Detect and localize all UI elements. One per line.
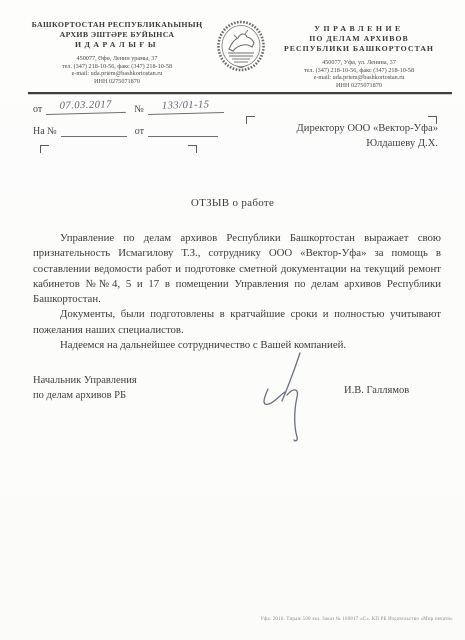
org-name-russian-line3: РЕСПУБЛИКИ БАШКОРТОСТАН	[262, 44, 456, 54]
address-bashkir-inn: ИНН 0275071870	[24, 78, 210, 86]
address-russian-street: 450077, Уфа, ул. Ленина, 37	[262, 59, 456, 67]
blank-date-line	[148, 125, 218, 137]
letterhead-divider-rule	[28, 92, 452, 95]
scanned-letter-page: БАШКОРТОСТАН РЕСПУБЛИКАҺЫНЫҢ АРХИВ ЭШТӘР…	[0, 0, 465, 640]
address-bashkir-street: 450077, Өфө, Ленин урамы, 37	[24, 55, 210, 63]
letterhead-russian: УПРАВЛЕНИЕ ПО ДЕЛАМ АРХИВОВ РЕСПУБЛИКИ Б…	[262, 24, 456, 89]
na-number-label: На №	[33, 126, 57, 137]
corner-mark-left-tl	[40, 145, 49, 153]
org-name-bashkir-line3: ИДАРАЛЫҒЫ	[24, 40, 210, 50]
document-title: ОТЗЫВ о работе	[0, 197, 465, 209]
address-bashkir-email: e-mail: uda.priem@bashkortostan.ru	[24, 70, 210, 78]
addressee-block: Директору ООО «Вектор-Уфа» Юлдашеву Д.Х.	[248, 122, 438, 151]
corner-mark-left-tr	[188, 145, 197, 153]
signer-position-line2: по делам архивов РБ	[33, 388, 137, 403]
outgoing-reference-row: от 07.03.2017 № 133/01-15	[33, 101, 232, 115]
org-name-bashkir-line2: АРХИВ ЭШТӘРЕ БУЙЫНСА	[24, 30, 210, 40]
incoming-reference-row: На № от	[33, 125, 226, 137]
signer-position-line1: Начальник Управления	[33, 373, 137, 388]
letter-body: Управление по делам архивов Республики Б…	[33, 231, 441, 353]
body-paragraph-1: Управление по делам архивов Республики Б…	[33, 231, 441, 307]
signer-position: Начальник Управления по делам архивов РБ	[33, 373, 137, 403]
print-shop-footer: Уфа. 2016. Тираж 500 экз. Заказ № 160817…	[260, 617, 453, 622]
org-name-bashkir-line1: БАШКОРТОСТАН РЕСПУБЛИКАҺЫНЫҢ	[24, 20, 210, 30]
blank-number-line	[61, 125, 127, 137]
body-paragraph-2: Документы, были подготовлены в кратчайши…	[33, 307, 441, 338]
address-russian-phone: тел. (347) 218-10-56, факс (347) 218-10-…	[262, 67, 456, 75]
handwritten-signature	[256, 351, 328, 443]
body-paragraph-3: Надеемся на дальнейшее сотрудничество с …	[33, 338, 441, 353]
coat-of-arms-icon	[215, 19, 267, 75]
letterhead-bashkir: БАШКОРТОСТАН РЕСПУБЛИКАҺЫНЫҢ АРХИВ ЭШТӘР…	[24, 20, 210, 85]
number-label: №	[134, 104, 144, 115]
address-bashkir-phone: тел. (347) 218-10-56, факс (347) 218-10-…	[24, 63, 210, 71]
address-russian-inn: ИНН 0275071870	[262, 82, 456, 90]
ot2-label: от	[135, 126, 144, 137]
ot-label: от	[33, 104, 42, 115]
addressee-line1: Директору ООО «Вектор-Уфа»	[248, 122, 438, 137]
handwritten-number: 133/01-15	[147, 99, 223, 115]
addressee-line2: Юлдашеву Д.Х.	[248, 137, 438, 152]
org-name-russian-line1: УПРАВЛЕНИЕ	[262, 24, 456, 34]
org-name-russian-line2: ПО ДЕЛАМ АРХИВОВ	[262, 34, 456, 44]
address-russian-email: e-mail: uda.priem@bashkortostan.ru	[262, 74, 456, 82]
handwritten-date: 07.03.2017	[46, 99, 126, 115]
signer-name: И.В. Галлямов	[344, 385, 409, 396]
